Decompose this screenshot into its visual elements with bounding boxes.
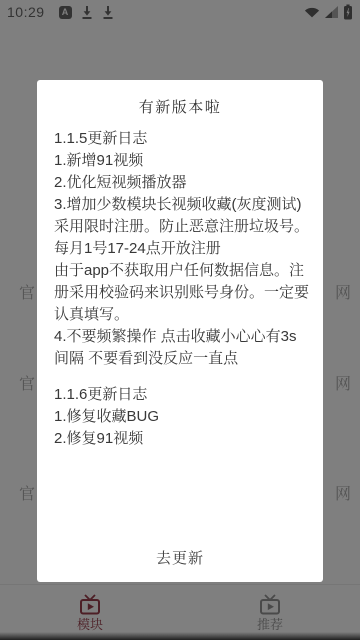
log-line: 1.修复收藏BUG bbox=[54, 406, 309, 428]
log-line: 1.1.5更新日志 bbox=[54, 128, 309, 150]
log-line: 由于app不获取用户任何数据信息。注 bbox=[54, 260, 309, 282]
log-line: 每月1号17-24点开放注册 bbox=[54, 238, 309, 260]
app-screen: 10:29 A bbox=[0, 0, 360, 640]
update-dialog: 有新版本啦 1.1.5更新日志 1.新增91视频 2.优化短视频播放器 3.增加… bbox=[37, 80, 323, 582]
log-line: 认真填写。 bbox=[54, 304, 309, 326]
log-line: 2.优化短视频播放器 bbox=[54, 172, 309, 194]
dialog-title: 有新版本啦 bbox=[37, 80, 323, 118]
log-line: 1.新增91视频 bbox=[54, 150, 309, 172]
go-update-button[interactable]: 去更新 bbox=[37, 536, 323, 582]
log-line bbox=[54, 370, 309, 384]
log-line: 2.修复91视频 bbox=[54, 428, 309, 450]
log-line: 4.不要频繁操作 点击收藏小心心有3s bbox=[54, 326, 309, 348]
log-line: 3.增加少数模块长视频收藏(灰度测试) bbox=[54, 194, 309, 216]
log-line: 间隔 不要看到没反应一直点 bbox=[54, 348, 309, 370]
log-line: 1.1.6更新日志 bbox=[54, 384, 309, 406]
update-log-text: 1.1.5更新日志 1.新增91视频 2.优化短视频播放器 3.增加少数模块长视… bbox=[37, 128, 323, 450]
log-line: 采用限时注册。防止恶意注册垃圾号。 bbox=[54, 216, 309, 238]
log-line: 册采用校验码来识别账号身份。一定要 bbox=[54, 282, 309, 304]
